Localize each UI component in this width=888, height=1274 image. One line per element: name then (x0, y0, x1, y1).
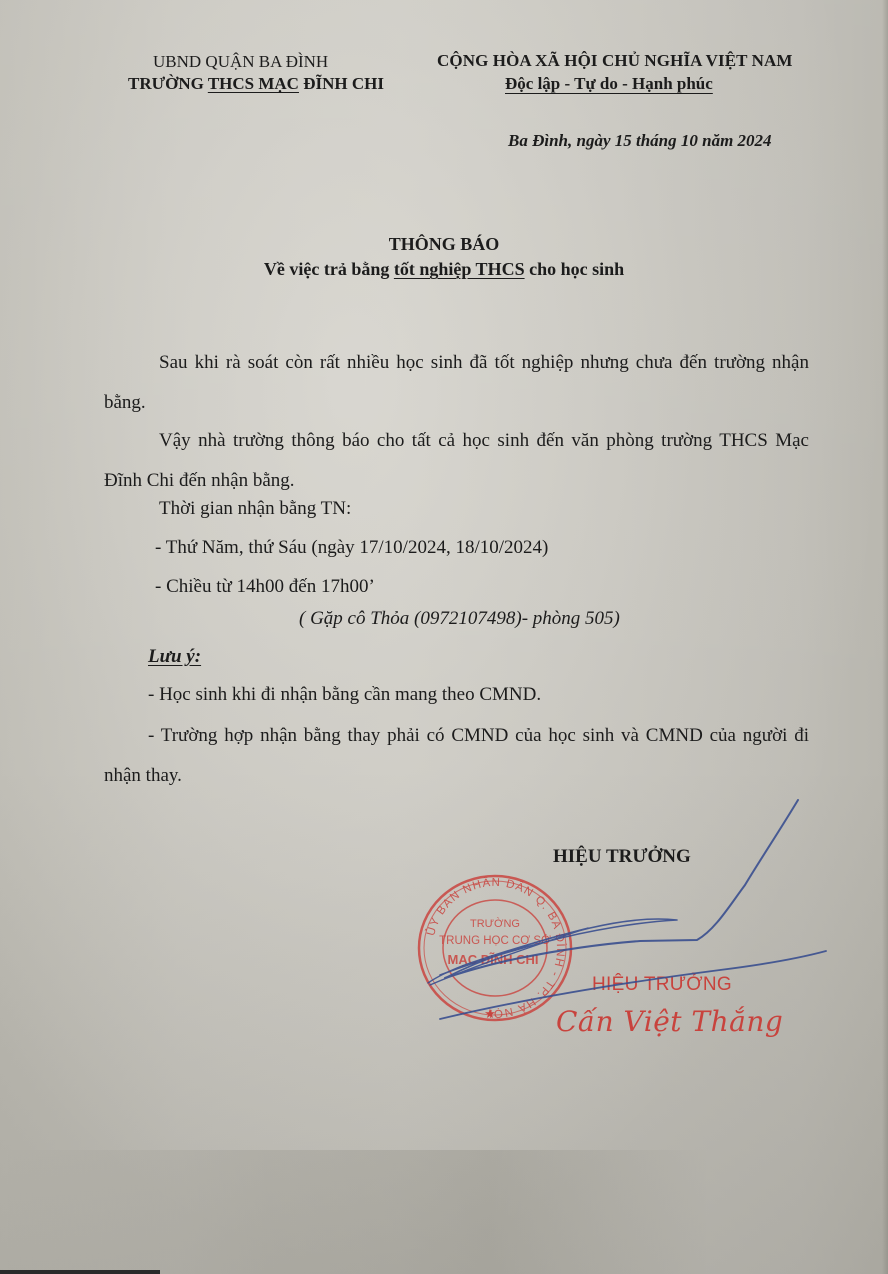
paper-sheet (0, 0, 888, 1274)
subtitle-underlined: tốt nghiệp THCS (394, 259, 525, 279)
issuing-authority: UBND QUẬN BA ĐÌNH (153, 52, 328, 72)
table-edge (0, 1270, 160, 1274)
schedule-label: Thời gian nhận bằng TN: (159, 498, 351, 520)
official-seal: ỦY BAN NHÂN DÂN Q. BA ĐÌNH - TP. HÀ NỘI … (415, 872, 575, 1024)
seal-line-1: TRƯỜNG (470, 917, 520, 930)
paragraph-2-text: Vậy nhà trường thông báo cho tất cả học … (104, 430, 809, 491)
seal-line-2: TRUNG HỌC CƠ SỞ (439, 934, 551, 947)
seal-outer-ring-text: ỦY BAN NHÂN DÂN Q. BA ĐÌNH - TP. HÀ NỘI (424, 876, 567, 1020)
paragraph-1-text: Sau khi rà soát còn rất nhiều học sinh đ… (104, 352, 809, 413)
paragraph-1: Sau khi rà soát còn rất nhiều học sinh đ… (104, 343, 809, 423)
schedule-contact: ( Gặp cô Thỏa (0972107498)- phòng 505) (299, 608, 620, 630)
subtitle-prefix: Về việc trả bằng (264, 259, 394, 279)
note-item-2: - Trường hợp nhận bằng thay phải có CMND… (104, 716, 809, 796)
school-name-prefix: TRƯỜNG (128, 74, 208, 93)
paper-edge (882, 0, 888, 1274)
place-date: Ba Đình, ngày 15 tháng 10 năm 2024 (508, 131, 772, 151)
national-motto: Độc lập - Tự do - Hạnh phúc (505, 74, 713, 94)
school-name-underlined: THCS MẠC (208, 74, 299, 93)
seal-line-3: MẠC ĐĨNH CHI (448, 952, 539, 967)
subtitle-suffix: cho học sinh (525, 259, 625, 279)
paper-shadow (0, 1150, 888, 1274)
stamped-name: Cấn Việt Thắng (556, 1005, 783, 1038)
schedule-hours: - Chiều từ 14h00 đến 17h00’ (155, 576, 375, 598)
school-name: TRƯỜNG THCS MẠC ĐĨNH CHI (128, 74, 384, 94)
stamped-title: HIỆU TRƯỞNG (592, 974, 732, 996)
paragraph-2: Vậy nhà trường thông báo cho tất cả học … (104, 421, 809, 501)
signatory-title: HIỆU TRƯỞNG (553, 846, 691, 868)
star-icon: ★ (484, 1006, 496, 1021)
national-title: CỘNG HÒA XÃ HỘI CHỦ NGHĨA VIỆT NAM (437, 51, 793, 71)
document-title: THÔNG BÁO (0, 234, 888, 255)
school-name-suffix: ĐĨNH CHI (299, 74, 384, 93)
document-subtitle: Về việc trả bằng tốt nghiệp THCS cho học… (0, 259, 888, 280)
note-item-1: - Học sinh khi đi nhận bằng cần mang the… (148, 684, 541, 706)
schedule-days: - Thứ Năm, thứ Sáu (ngày 17/10/2024, 18/… (155, 537, 548, 559)
note-label: Lưu ý: (148, 646, 201, 668)
note-item-2-text: - Trường hợp nhận bằng thay phải có CMND… (104, 725, 809, 786)
